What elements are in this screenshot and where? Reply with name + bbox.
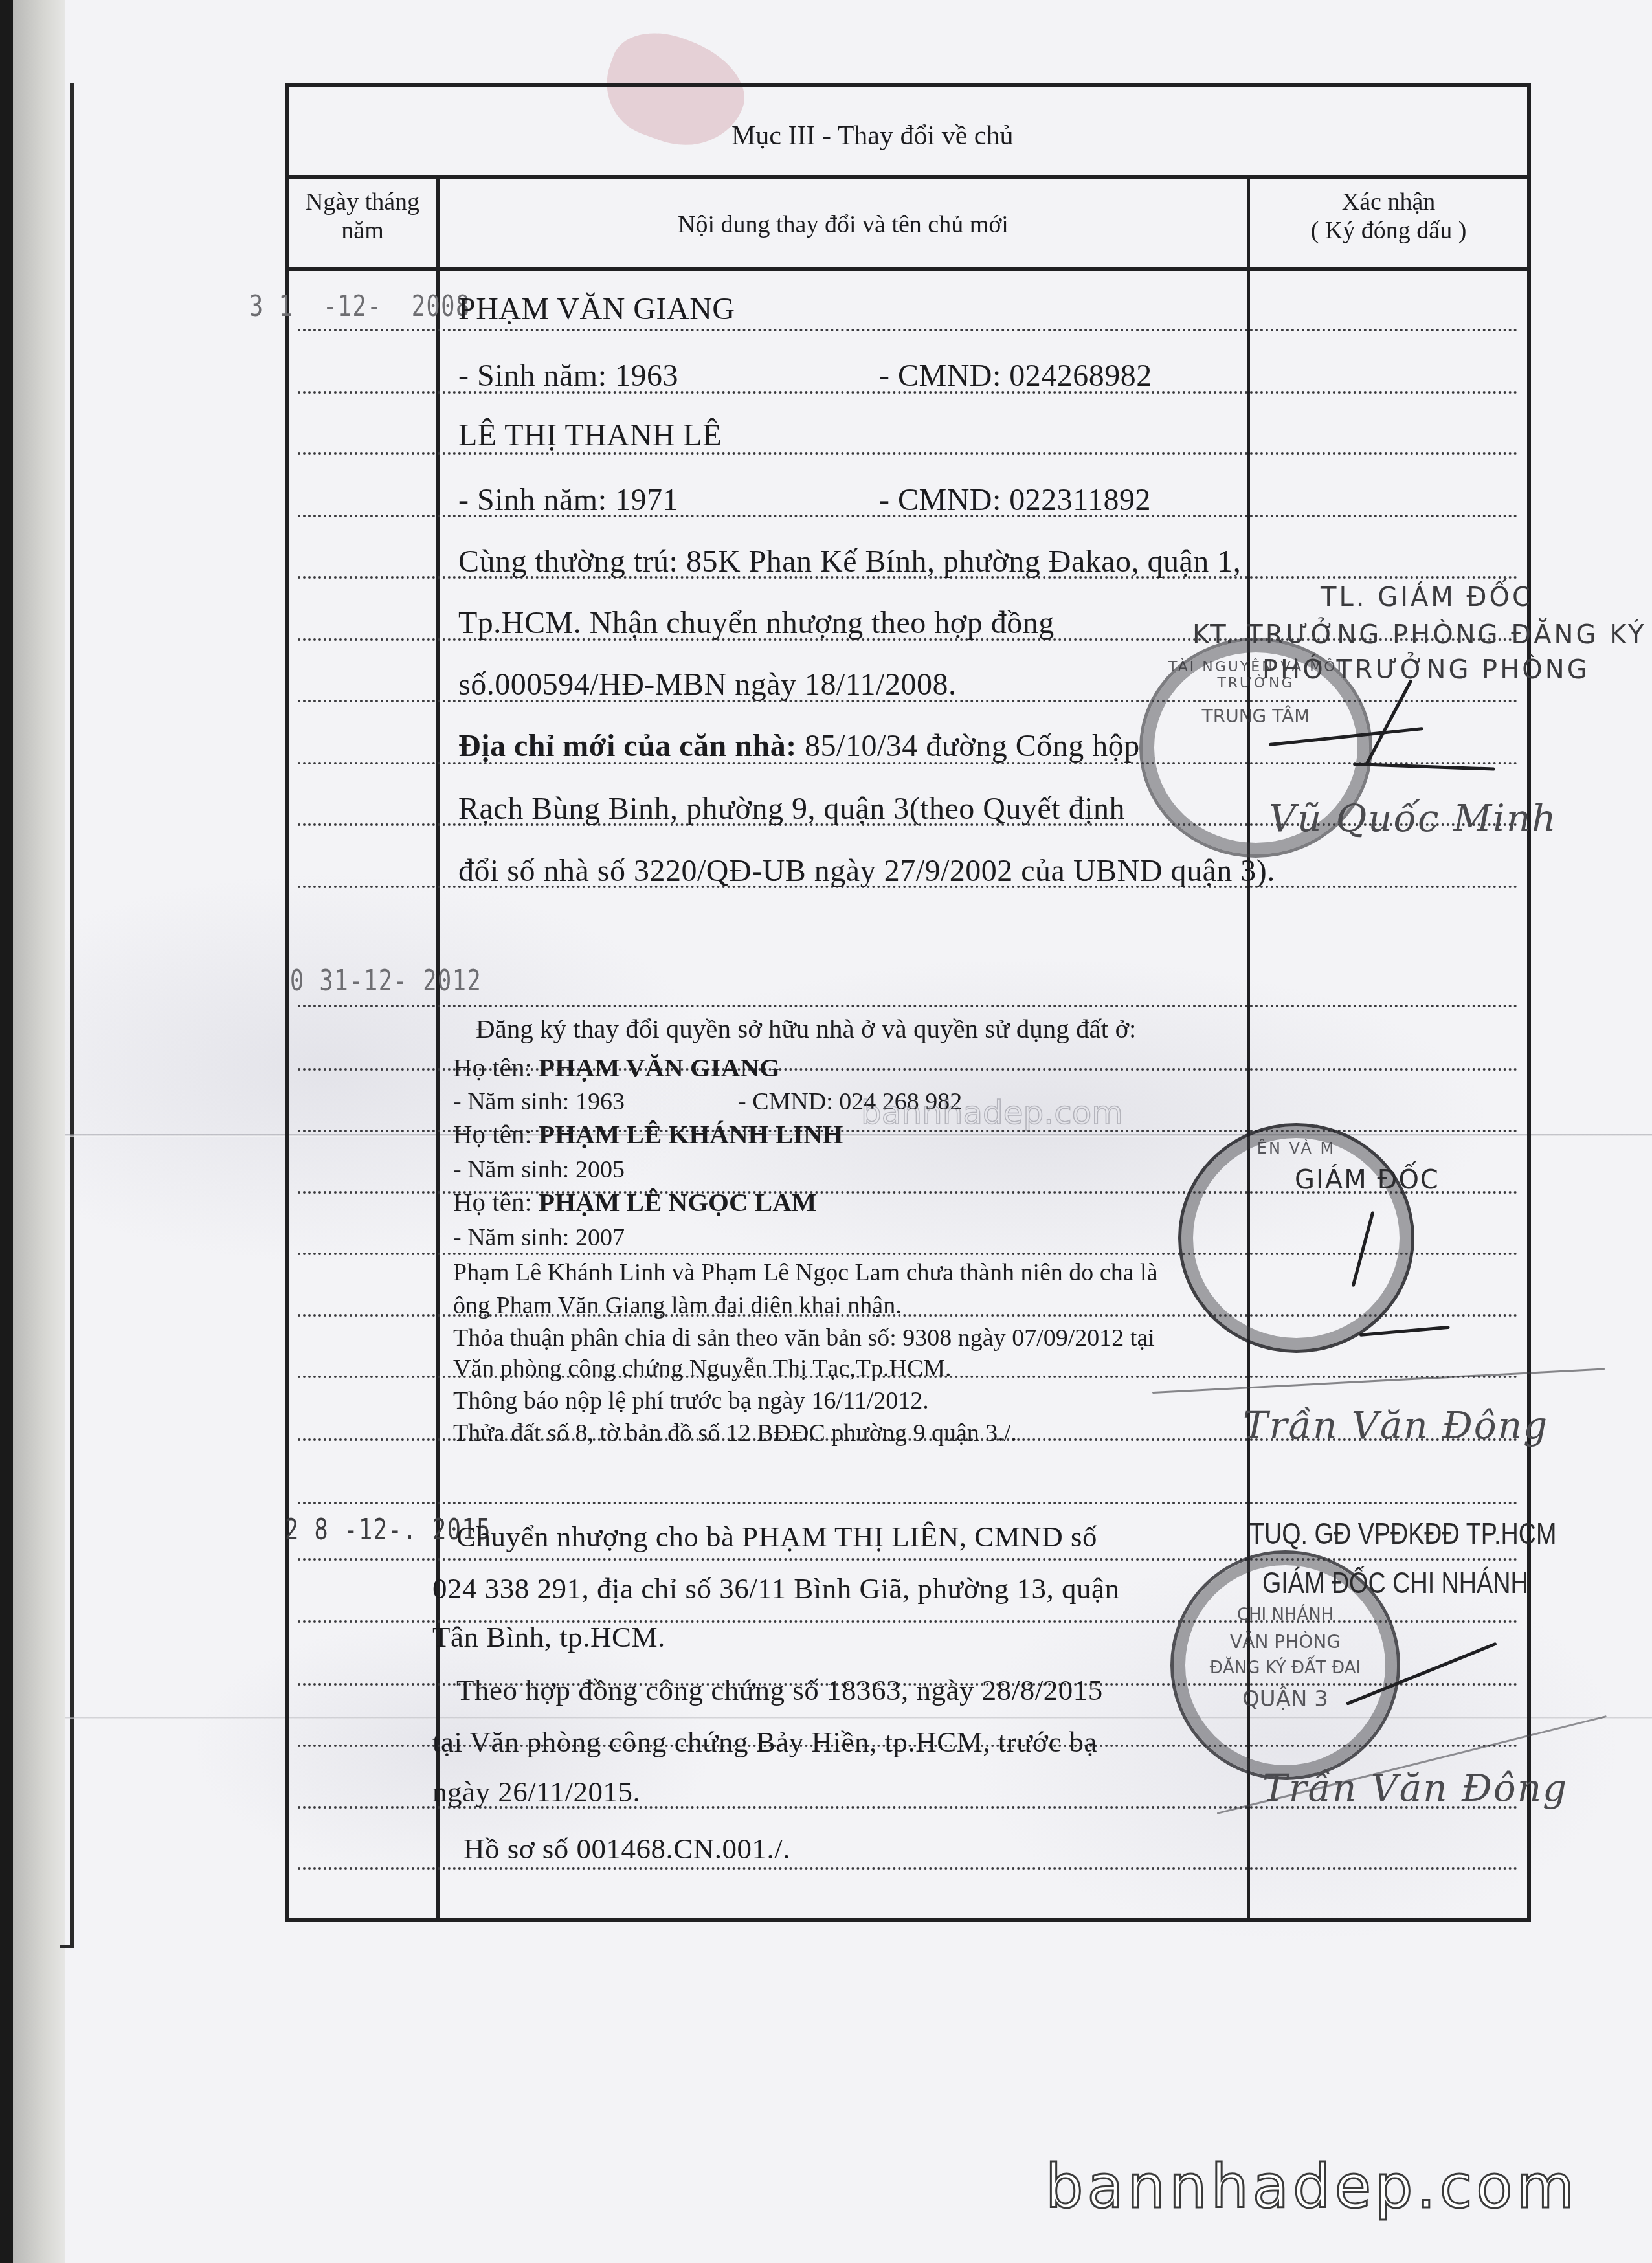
owner2-name: LÊ THỊ THANH LÊ xyxy=(458,418,722,453)
owner2-birth: - Sinh năm: 1971 xyxy=(458,482,678,518)
watermark: bannhadep.com xyxy=(1045,2152,1578,2222)
date-month: -12- xyxy=(323,290,382,323)
header-content: Nội dung thay đổi và tên chủ mới xyxy=(440,210,1247,239)
record-number: Hồ sơ số 001468.CN.001./. xyxy=(463,1832,790,1866)
signer-name: Trần Văn Đông xyxy=(1243,1403,1548,1447)
date-column-divider xyxy=(436,176,440,1922)
date-month: -12- xyxy=(349,964,408,998)
owner1-id: - CMND: 024268982 xyxy=(879,358,1152,394)
signer-title-1: TL. GIÁM ĐỐC xyxy=(1321,583,1533,612)
header-confirm-line1: Xác nhận xyxy=(1250,188,1527,216)
header-confirm: Xác nhận ( Ký đóng dấu ) xyxy=(1250,188,1527,245)
official-seal: ÊN VÀ M xyxy=(1178,1123,1414,1353)
contract-line: số.000594/HĐ-MBN ngày 18/11/2008. xyxy=(458,667,956,702)
note-line4: Văn phòng công chứng Nguyễn Thị Tạc,Tp.H… xyxy=(453,1354,952,1383)
person2-birth: - Năm sinh: 2005 xyxy=(453,1155,625,1184)
page-margin-line-foot xyxy=(60,1945,74,1948)
new-address-line1: Địa chỉ mới của căn nhà: 85/10/34 đường … xyxy=(458,728,1140,764)
scan-strip xyxy=(13,0,65,2263)
seal-text-line4: QUẬN 3 xyxy=(1174,1686,1397,1712)
seal-text-inner: TRUNG TÂM xyxy=(1143,706,1369,727)
dotted-rule xyxy=(298,1558,1518,1561)
dotted-rule xyxy=(298,1867,1518,1870)
person2-name: Họ tên: PHẠM LÊ KHÁNH LINH xyxy=(453,1119,843,1150)
new-address-line3: đổi số nhà số 3220/QĐ-UB ngày 27/9/2002 … xyxy=(458,853,1275,889)
dotted-rule xyxy=(298,1005,1518,1007)
new-address-value: 85/10/34 đường Cống hộp xyxy=(797,729,1140,763)
title-row-divider xyxy=(285,175,1531,179)
transfer-line6: ngày 26/11/2015. xyxy=(432,1775,640,1809)
person3-birth: - Năm sinh: 2007 xyxy=(453,1223,625,1252)
seal-text-line1: CHI NHÁNH xyxy=(1174,1605,1397,1625)
header-date-line1: Ngày tháng xyxy=(289,188,436,216)
signer-title-1: TUQ. GĐ VPĐKĐĐ TP.HCM xyxy=(1249,1516,1556,1551)
name-value: PHẠM VĂN GIANG xyxy=(539,1053,780,1082)
owner2-id: - CMND: 022311892 xyxy=(879,482,1151,518)
address-line2: Tp.HCM. Nhận chuyển nhượng theo hợp đồng xyxy=(458,605,1055,641)
seal-text-outer: ÊN VÀ M xyxy=(1181,1139,1411,1157)
note-line5: Thông báo nộp lệ phí trước bạ ngày 16/11… xyxy=(453,1387,929,1415)
person1-birth: - Năm sinh: 1963 xyxy=(453,1087,625,1116)
date-day: 3 1 xyxy=(249,290,293,323)
date-month: -12-. xyxy=(344,1513,418,1546)
note-line3: Thỏa thuận phân chia di sản theo văn bản… xyxy=(453,1324,1155,1352)
name-value: PHẠM LÊ KHÁNH LINH xyxy=(539,1119,843,1149)
name-label: Họ tên: xyxy=(453,1187,539,1217)
note-line1: Phạm Lê Khánh Linh và Phạm Lê Ngọc Lam c… xyxy=(453,1258,1158,1287)
address-line1: Cùng thường trú: 85K Phan Kế Bính, phườn… xyxy=(458,544,1241,579)
scan-edge xyxy=(0,0,13,2263)
signer-title-2: KT. TRƯỞNG PHÒNG ĐĂNG KÝ xyxy=(1192,620,1647,650)
date-stamp: 0 31-12- 2012 xyxy=(290,964,482,998)
header-date: Ngày tháng năm xyxy=(289,188,436,245)
date-year: 2012 xyxy=(423,964,482,998)
transfer-line4: Theo hợp đồng công chứng số 18363, ngày … xyxy=(456,1673,1103,1707)
transfer-line2: 024 338 291, địa chỉ số 36/11 Bình Giã, … xyxy=(432,1572,1119,1605)
transfer-line5: tại Văn phòng công chứng Bảy Hiền, tp.HC… xyxy=(432,1725,1097,1759)
person1-name: Họ tên: PHẠM VĂN GIANG xyxy=(453,1052,780,1083)
dotted-rule xyxy=(298,1502,1518,1504)
name-label: Họ tên: xyxy=(453,1119,539,1149)
signer-title-3: PHÓ TRƯỞNG PHÒNG xyxy=(1262,655,1590,685)
date-day: 0 31 xyxy=(290,964,349,998)
signer-name: Trần Văn Đông xyxy=(1262,1766,1568,1810)
date-day: 2 8 xyxy=(285,1513,329,1546)
new-address-line2: Rạch Bùng Binh, phường 9, quận 3(theo Qu… xyxy=(458,791,1125,827)
seal-text-line3: ĐĂNG KÝ ĐẤT ĐAI xyxy=(1174,1658,1397,1678)
section-title: Mục III - Thay đổi về chủ xyxy=(731,120,1013,151)
watermark-faint: bannhadep.com xyxy=(861,1094,1123,1131)
owner1-name: PHẠM VĂN GIANG xyxy=(458,291,735,327)
name-value: PHẠM LÊ NGỌC LAM xyxy=(539,1187,816,1217)
header-confirm-line2: ( Ký đóng dấu ) xyxy=(1250,216,1527,245)
owner1-birth: - Sinh năm: 1963 xyxy=(458,358,678,394)
new-address-label: Địa chỉ mới của căn nhà: xyxy=(458,729,797,763)
transfer-line1: Chuyển nhượng cho bà PHẠM THỊ LIÊN, CMND… xyxy=(456,1520,1097,1554)
date-stamp: 3 1 -12- 2008 xyxy=(249,290,471,323)
intro-line: Đăng ký thay đổi quyền sở hữu nhà ở và q… xyxy=(476,1013,1136,1044)
dotted-rule xyxy=(298,329,1518,331)
transfer-line3: Tân Bình, tp.HCM. xyxy=(432,1620,665,1654)
note-line2: ông Phạm Văn Giang làm đại diện khai nhậ… xyxy=(453,1291,902,1320)
seal-text-line2: VĂN PHÒNG xyxy=(1174,1631,1397,1653)
signer-title-1: GIÁM ĐỐC xyxy=(1295,1165,1440,1195)
header-row-divider xyxy=(285,267,1531,271)
signer-title-2: GIÁM ĐỐC CHI NHÁNH xyxy=(1262,1565,1528,1600)
header-date-line2: năm xyxy=(289,216,436,245)
name-label: Họ tên: xyxy=(453,1053,539,1082)
person3-name: Họ tên: PHẠM LÊ NGỌC LAM xyxy=(453,1187,816,1218)
note-line6: Thửa đất số 8, tờ bản đồ số 12 BĐĐC phườ… xyxy=(453,1419,1017,1447)
page-margin-line xyxy=(70,83,74,1947)
signer-name: Vũ Quốc Minh xyxy=(1269,796,1557,840)
